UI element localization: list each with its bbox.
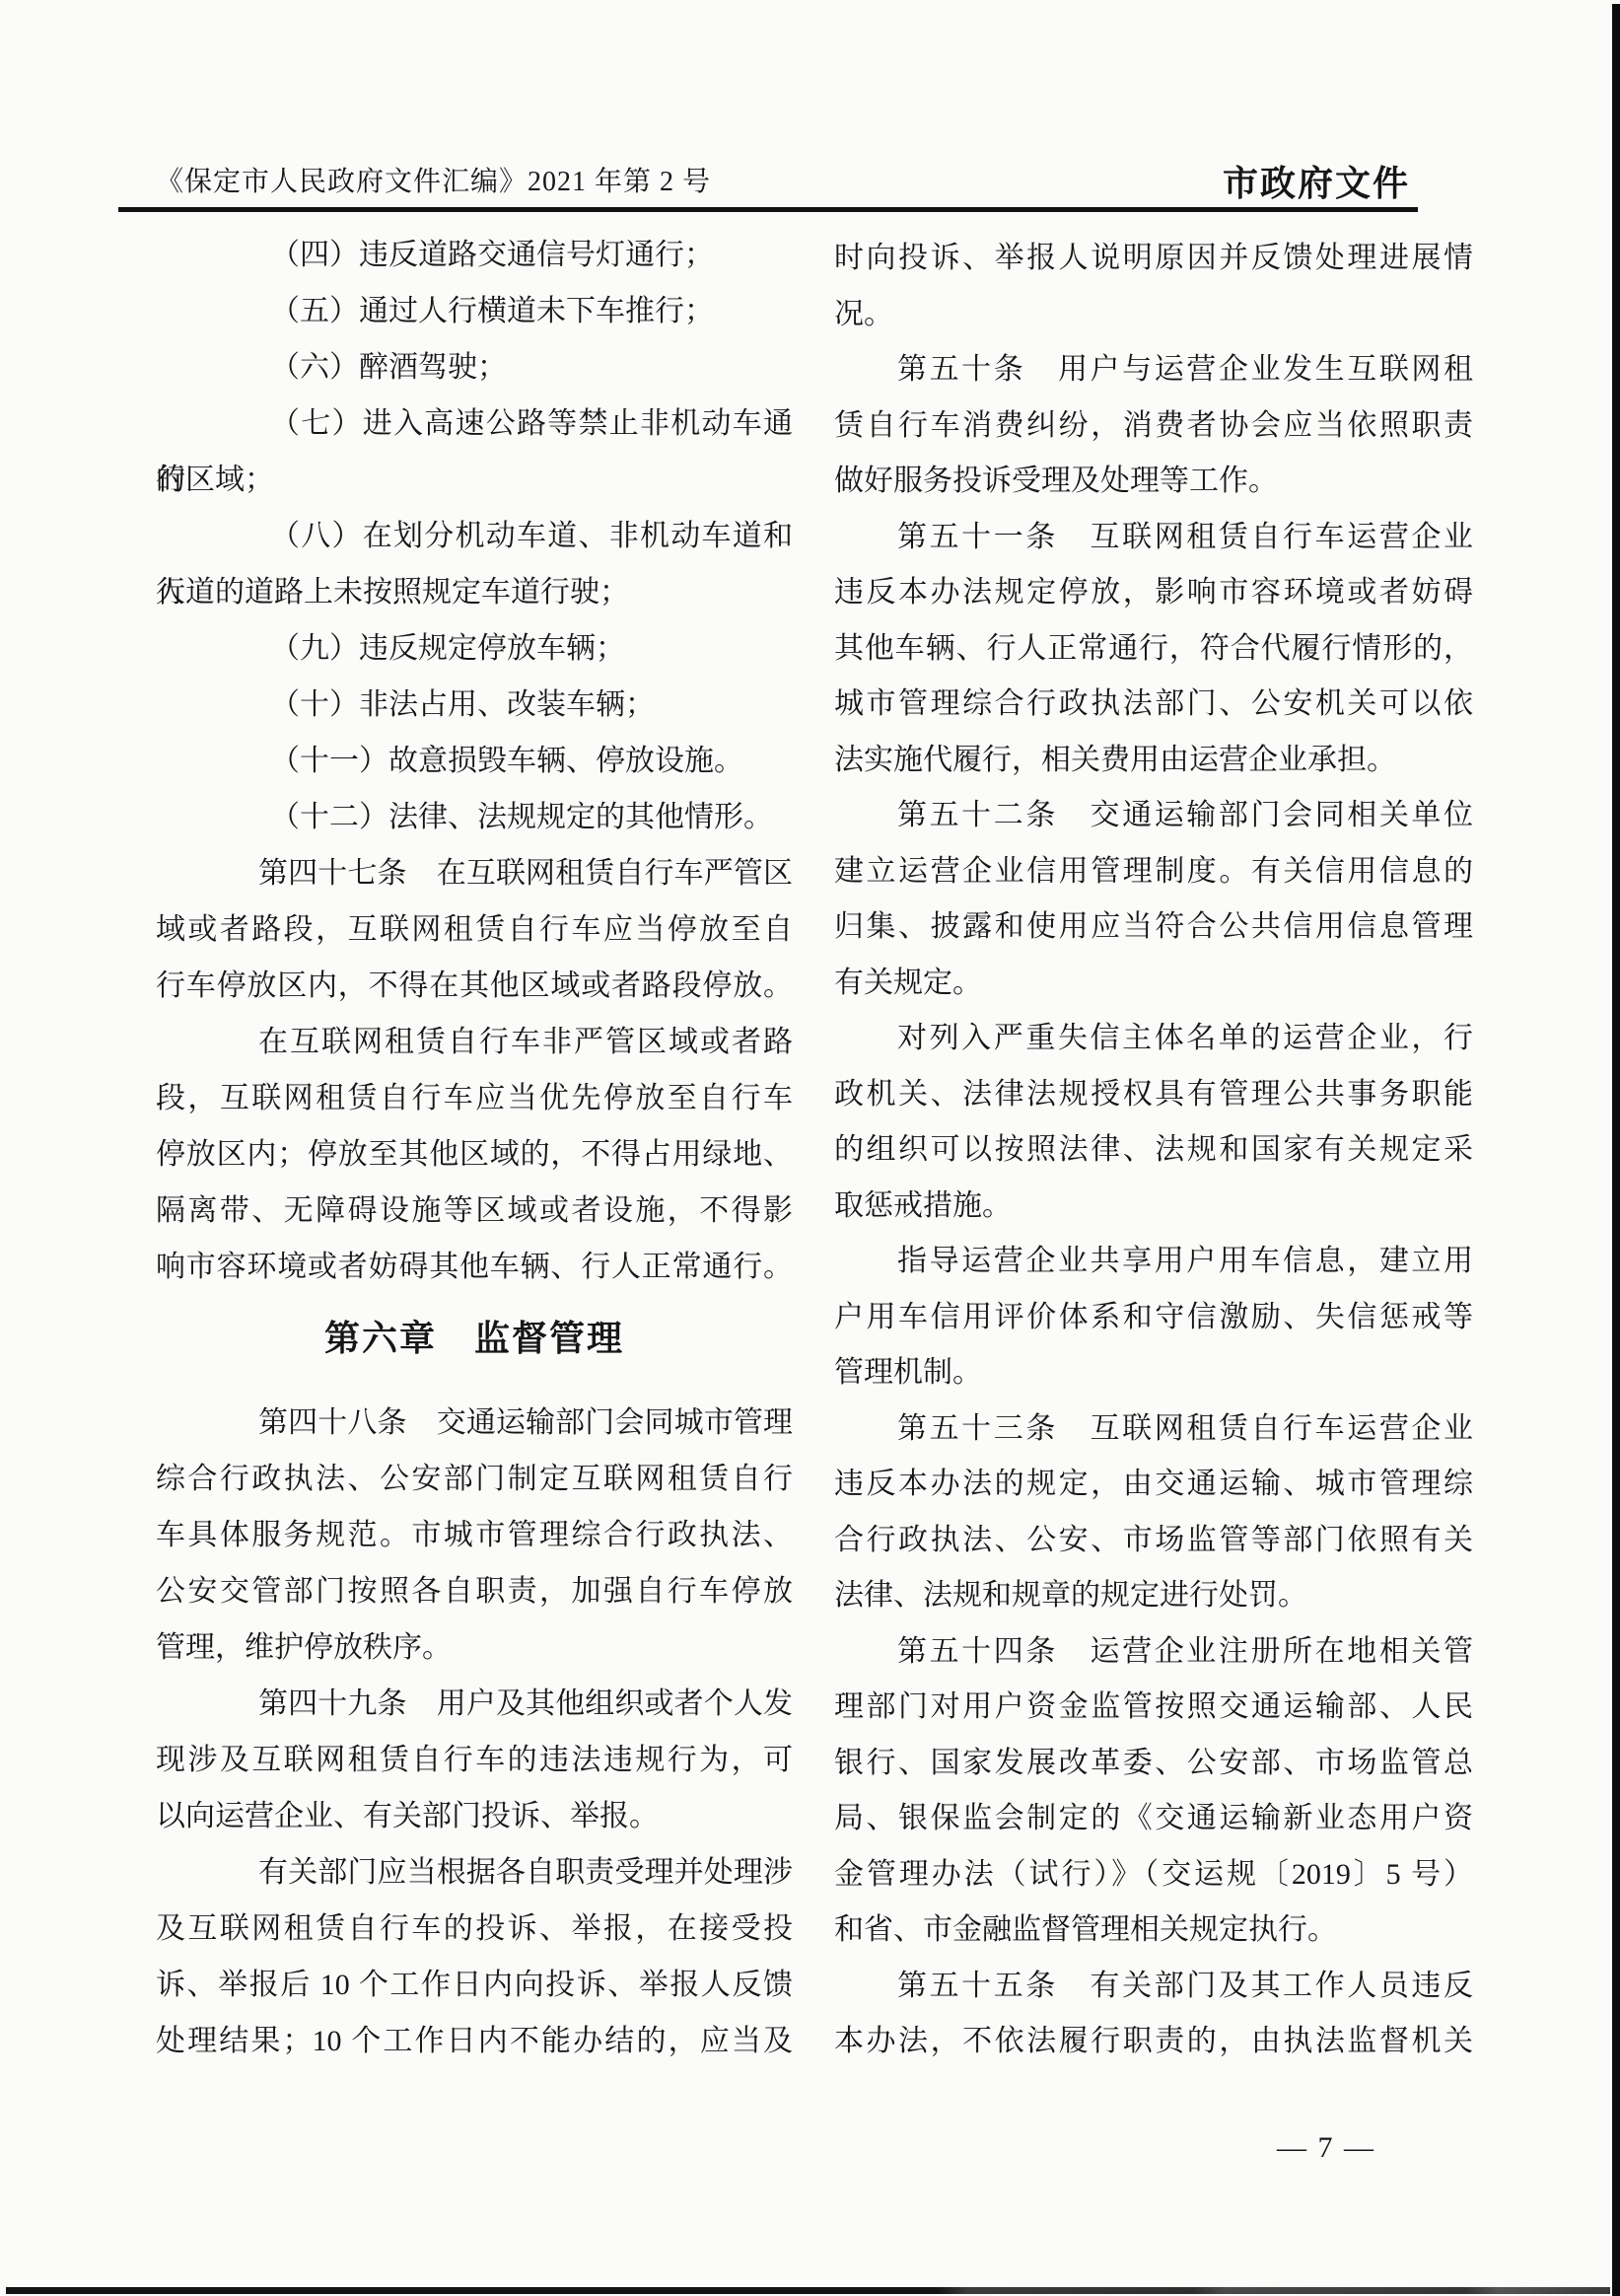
text-line: 其他车辆、行人正常通行，符合代履行情形的， <box>834 621 1473 678</box>
scan-edge-right <box>1612 4 1620 2296</box>
text-line: 金管理办法（试行）》（交运规〔2019〕5 号） <box>834 1847 1473 1903</box>
text-line: 第五十条 用户与运营企业发生互联网租 <box>834 342 1473 398</box>
text-line: （八）在划分机动车道、非机动车道和人 <box>156 508 793 564</box>
document-category: 市政府文件 <box>1223 163 1410 204</box>
text-line: 第四十七条 在互联网租赁自行车严管区 <box>156 845 793 901</box>
text-line: 指导运营企业共享用户用车信息，建立用 <box>834 1234 1473 1290</box>
text-line: 况。 <box>834 287 1473 343</box>
text-line: 城市管理综合行政执法部门、公安机关可以依 <box>834 677 1473 733</box>
text-line: 有关规定。 <box>834 956 1473 1012</box>
text-line: 建立运营企业信用管理制度。有关信用信息的 <box>834 844 1473 900</box>
text-line: 的组织可以按照法律、法规和国家有关规定采 <box>834 1122 1473 1179</box>
text-line: 停放区内；停放至其他区域的，不得占用绿地、 <box>156 1126 793 1183</box>
text-line: 法实施代履行，相关费用由运营企业承担。 <box>834 733 1473 789</box>
text-line: 在互联网租赁自行车非严管区域或者路 <box>156 1014 793 1070</box>
text-line: 段，互联网租赁自行车应当优先停放至自行车 <box>156 1070 793 1126</box>
text-line: 赁自行车消费纠纷，消费者协会应当依照职责 <box>834 398 1473 455</box>
text-line: 本办法，不依法履行职责的，由执法监督机关 <box>834 2014 1473 2070</box>
text-line: 第四十九条 用户及其他组织或者个人发 <box>156 1676 793 1732</box>
header-divider <box>118 207 1418 212</box>
text-line: 第五十二条 交通运输部门会同相关单位 <box>834 788 1473 844</box>
text-line: 时向投诉、举报人说明原因并反馈处理进展情 <box>834 231 1473 287</box>
text-line: 银行、国家发展改革委、公安部、市场监管总 <box>834 1736 1473 1792</box>
text-line: （十）非法占用、改装车辆； <box>156 677 793 733</box>
text-line: 局、银保监会制定的《交通运输新业态用户资 <box>834 1791 1473 1847</box>
text-line: 行道的道路上未按照规定车道行驶； <box>156 564 793 620</box>
text-line: 政机关、法律法规授权具有管理公共事务职能 <box>834 1067 1473 1123</box>
text-line: 理部门对用户资金监管按照交通运输部、人民 <box>834 1680 1473 1736</box>
text-line: 第五十五条 有关部门及其工作人员违反 <box>834 1959 1473 2015</box>
text-line: 诉、举报后 10 个工作日内向投诉、举报人反馈 <box>156 1957 793 2013</box>
text-line: 第四十八条 交通运输部门会同城市管理 <box>156 1395 793 1451</box>
scan-edge-bottom <box>6 2287 1610 2294</box>
text-line: 及互联网租赁自行车的投诉、举报，在接受投 <box>156 1901 793 1957</box>
text-line: 管理，维护停放秩序。 <box>156 1619 793 1676</box>
text-line: 法律、法规和规章的规定进行处罚。 <box>834 1568 1473 1624</box>
text-line: 行车停放区内，不得在其他区域或者路段停放。 <box>156 958 793 1014</box>
text-line: 违反本办法规定停放，影响市容环境或者妨碍 <box>834 565 1473 621</box>
text-line: 响市容环境或者妨碍其他车辆、行人正常通行。 <box>156 1239 793 1295</box>
right-column: 时向投诉、举报人说明原因并反馈处理进展情况。第五十条 用户与运营企业发生互联网租… <box>834 231 1473 2070</box>
text-line: 第五十三条 互联网租赁自行车运营企业 <box>834 1401 1473 1458</box>
compilation-title: 《保定市人民政府文件汇编》2021 年第 2 号 <box>156 166 711 199</box>
text-line: 公安交管部门按照各自职责，加强自行车停放 <box>156 1563 793 1619</box>
text-line: 和省、市金融监督管理相关规定执行。 <box>834 1902 1473 1959</box>
text-line: 域或者路段，互联网租赁自行车应当停放至自 <box>156 901 793 958</box>
text-line: 第五十四条 运营企业注册所在地相关管 <box>834 1624 1473 1681</box>
text-line: 合行政执法、公安、市场监管等部门依照有关 <box>834 1513 1473 1569</box>
text-line: （五）通过人行横道未下车推行； <box>156 283 793 339</box>
left-column: （四）违反道路交通信号灯通行；（五）通过人行横道未下车推行；（六）醉酒驾驶；（七… <box>156 227 793 2069</box>
text-line: 第五十一条 互联网租赁自行车运营企业 <box>834 510 1473 566</box>
text-line: 车具体服务规范。市城市管理综合行政执法、 <box>156 1507 793 1563</box>
text-line: （九）违反规定停放车辆； <box>156 620 793 677</box>
chapter-heading: 第六章 监督管理 <box>156 1310 793 1366</box>
text-line: （六）醉酒驾驶； <box>156 339 793 395</box>
text-line: 管理机制。 <box>834 1345 1473 1401</box>
text-line: 隔离带、无障碍设施等区域或者设施，不得影 <box>156 1183 793 1239</box>
text-line: （十二）法律、法规规定的其他情形。 <box>156 789 793 845</box>
text-line: （四）违反道路交通信号灯通行； <box>156 227 793 283</box>
text-line: （七）进入高速公路等禁止非机动车通行 <box>156 395 793 452</box>
text-line: 违反本办法的规定，由交通运输、城市管理综 <box>834 1457 1473 1513</box>
text-line: 取惩戒措施。 <box>834 1179 1473 1235</box>
text-line: 现涉及互联网租赁自行车的违法违规行为，可 <box>156 1732 793 1788</box>
text-line: 归集、披露和使用应当符合公共信用信息管理 <box>834 899 1473 956</box>
text-line: （十一）故意损毁车辆、停放设施。 <box>156 733 793 789</box>
text-line: 处理结果；10 个工作日内不能办结的，应当及 <box>156 2013 793 2069</box>
text-line: 对列入严重失信主体名单的运营企业，行 <box>834 1011 1473 1067</box>
text-line: 以向运营企业、有关部门投诉、举报。 <box>156 1788 793 1844</box>
text-line: 做好服务投诉受理及处理等工作。 <box>834 454 1473 510</box>
text-line: 有关部门应当根据各自职责受理并处理涉 <box>156 1844 793 1901</box>
page-number: — 7 — <box>1267 2128 1385 2168</box>
text-line: 综合行政执法、公安部门制定互联网租赁自行 <box>156 1451 793 1507</box>
document-page: 《保定市人民政府文件汇编》2021 年第 2 号 市政府文件 （四）违反道路交通… <box>0 0 1620 2296</box>
text-line: 户用车信用评价体系和守信激励、失信惩戒等 <box>834 1290 1473 1346</box>
text-line: 的区域； <box>156 452 793 508</box>
